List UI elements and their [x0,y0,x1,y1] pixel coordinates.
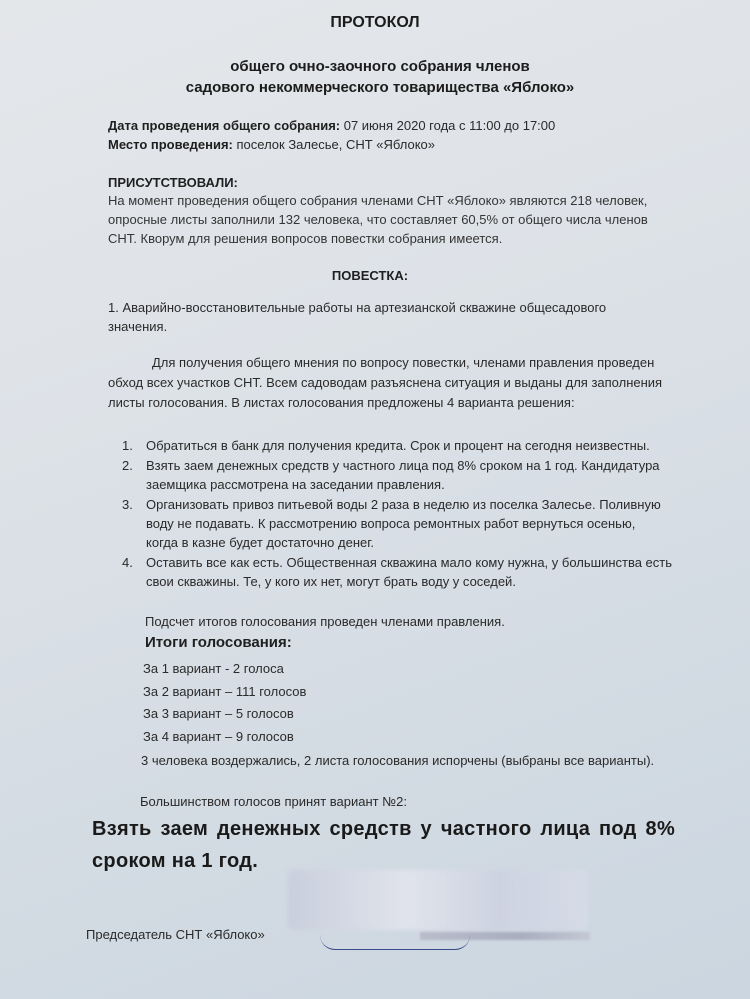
option-2-cont: заемщика рассмотрена на заседании правле… [146,477,445,492]
option-text: Обратиться в банк для получения кредита.… [146,438,650,453]
attendance-line: На момент проведения общего собрания чле… [108,193,647,208]
protocol-document: ПРОТОКОЛ общего очно-заочного собрания ч… [0,0,750,999]
decision-intro: Большинством голосов принят вариант №2: [140,794,407,809]
attendance-line: СНТ. Кворум для решения вопросов повестк… [108,231,502,246]
agenda-heading: ПОВЕСТКА: [0,268,740,283]
signature-stroke [320,935,470,950]
decision-text-line2: сроком на 1 год. [92,850,258,873]
result-item: За 2 вариант – 111 голосов [143,684,306,699]
option-number: 3. [122,497,146,512]
option-number: 2. [122,458,146,473]
document-subtitle-line1: общего очно-заочного собрания членов [0,58,750,75]
redacted-signature [288,870,588,930]
result-item: За 1 вариант - 2 голоса [143,661,284,676]
results-heading: Итоги голосования: [145,634,292,651]
attendance-heading: ПРИСУТСТВОВАЛИ: [108,175,238,190]
meeting-date-label: Дата проведения общего собрания: [108,118,340,133]
intro-line: Для получения общего мнения по вопросу п… [152,355,654,370]
option-4: 4.Оставить все как есть. Общественная ск… [122,555,672,570]
option-3: 3.Организовать привоз питьевой воды 2 ра… [122,497,661,512]
document-subtitle-line2: садового некоммерческого товарищества «Я… [0,79,750,96]
count-note: Подсчет итогов голосования проведен член… [145,614,505,629]
option-text: Оставить все как есть. Общественная сква… [146,555,672,570]
option-number: 4. [122,555,146,570]
decision-text-line1: Взять заем денежных средств у частного л… [92,818,675,841]
result-item: За 3 вариант – 5 голосов [143,706,294,721]
option-3-cont: воду не подавать. К рассмотрению вопроса… [146,516,635,531]
option-text: Взять заем денежных средств у частного л… [146,458,660,473]
agenda-item: значения. [108,319,167,334]
option-number: 1. [122,438,146,453]
meeting-place-value: поселок Залесье, СНТ «Яблоко» [233,137,435,152]
document-title: ПРОТОКОЛ [0,14,750,32]
signature-label: Председатель СНТ «Яблоко» [86,927,265,942]
meeting-date: Дата проведения общего собрания: 07 июня… [108,118,555,133]
option-2: 2.Взять заем денежных средств у частного… [122,458,660,473]
intro-line: обход всех участков СНТ. Всем садоводам … [108,375,662,390]
agenda-item: 1. Аварийно-восстановительные работы на … [108,300,606,315]
meeting-place: Место проведения: поселок Залесье, СНТ «… [108,137,435,152]
meeting-date-value: 07 июня 2020 года с 11:00 до 17:00 [340,118,555,133]
abstained-note: 3 человека воздержались, 2 листа голосов… [141,753,654,768]
intro-line: листы голосования. В листах голосования … [108,395,575,410]
option-3-cont: когда в казне будет достаточно денег. [146,535,374,550]
option-1: 1.Обратиться в банк для получения кредит… [122,438,650,453]
option-4-cont: свои скважины. Те, у кого их нет, могут … [146,574,516,589]
option-text: Организовать привоз питьевой воды 2 раза… [146,497,661,512]
result-item: За 4 вариант – 9 голосов [143,729,294,744]
attendance-line: опросные листы заполнили 132 человека, ч… [108,212,648,227]
meeting-place-label: Место проведения: [108,137,233,152]
